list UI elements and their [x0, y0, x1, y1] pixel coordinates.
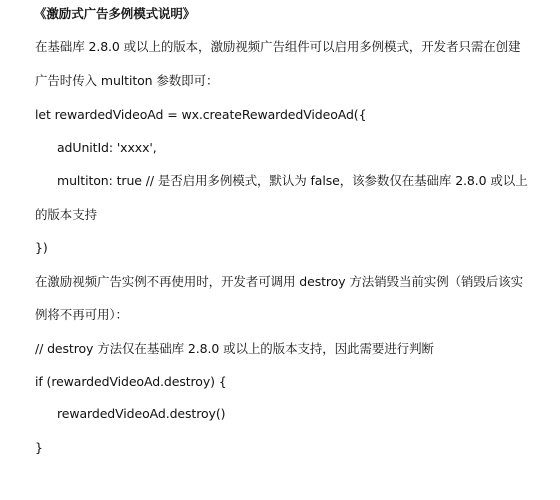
code-line: if (rewardedVideoAd.destroy) {: [35, 374, 227, 390]
code-comment-line: // destroy 方法仅在基础库 2.8.0 或以上的版本支持，因此需要进行…: [35, 341, 434, 357]
document-page: 《激励式广告多例模式说明》 在基础库 2.8.0 或以上的版本，激励视频广告组件…: [0, 0, 560, 500]
paragraph-line: 广告时传入 multiton 参数即可：: [35, 73, 218, 89]
paragraph-line: 例将不再可用）：: [35, 307, 128, 323]
paragraph-line: 在激励视频广告实例不再使用时，开发者可调用 destroy 方法销毁当前实例（销…: [35, 274, 523, 290]
code-line: let rewardedVideoAd = wx.createRewardedV…: [35, 107, 366, 123]
code-line: multiton: true // 是否启用多例模式，默认为 false，该参数…: [57, 173, 528, 189]
code-line: adUnitId: 'xxxx',: [57, 140, 157, 156]
paragraph-line: 在基础库 2.8.0 或以上的版本，激励视频广告组件可以启用多例模式，开发者只需…: [35, 39, 520, 55]
document-title: 《激励式广告多例模式说明》: [34, 6, 195, 22]
code-line: 的版本支持: [35, 207, 97, 223]
code-line: rewardedVideoAd.destroy(): [57, 406, 225, 422]
code-line: }): [35, 240, 48, 256]
code-line: }: [35, 440, 43, 456]
